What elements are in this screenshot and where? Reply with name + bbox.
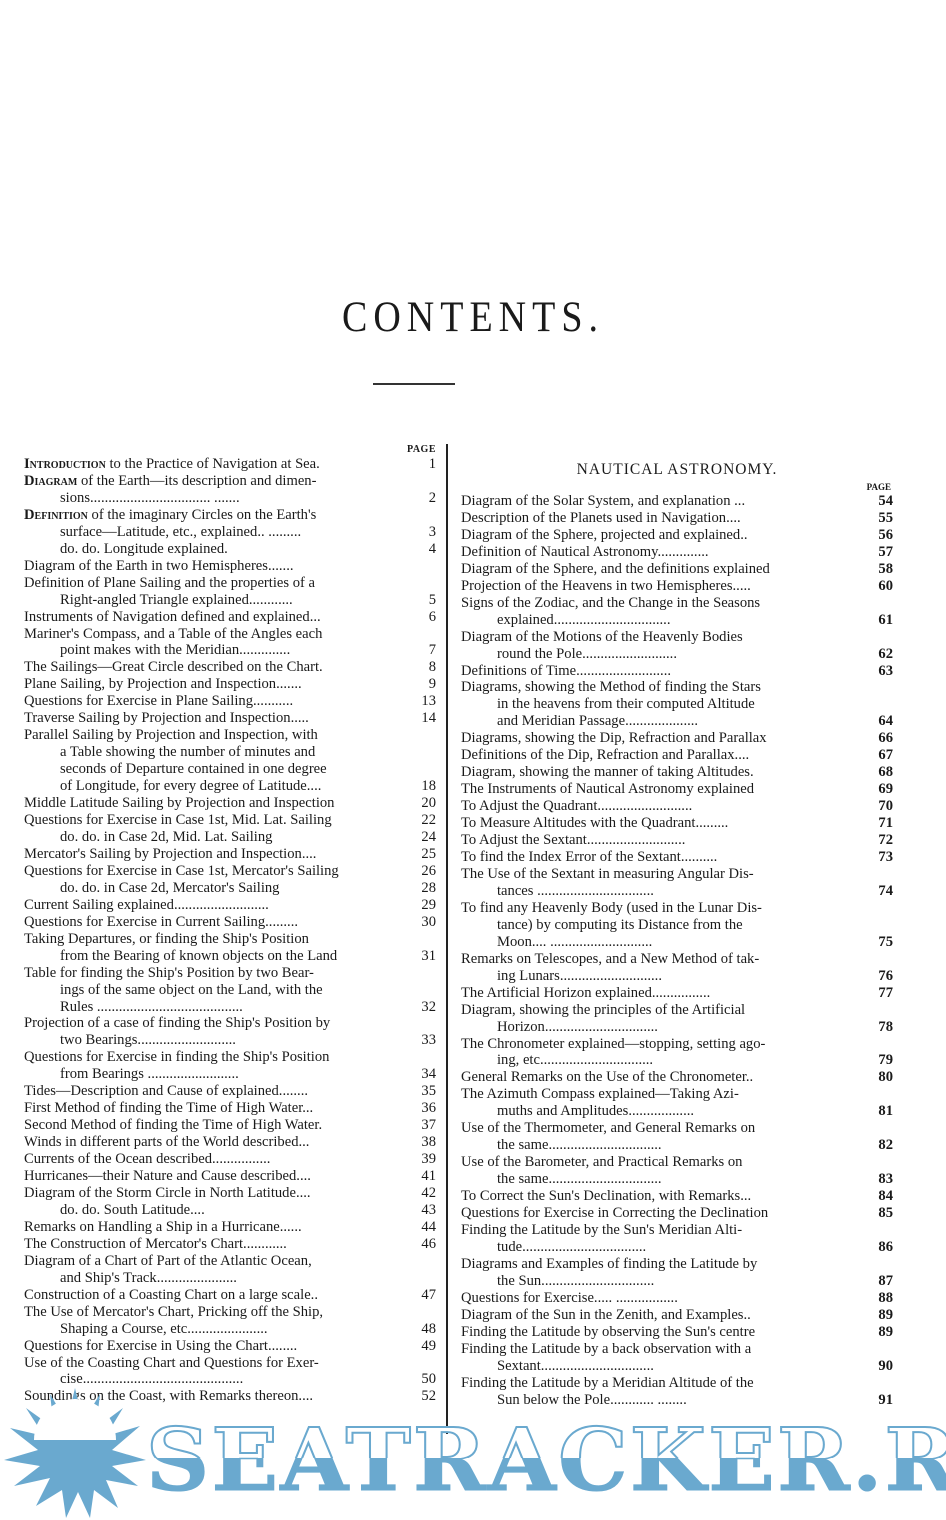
toc-entry-title: Finding the Latitude by the Sun's Meridi… — [461, 1222, 855, 1256]
toc-entry-page-number: 67 — [855, 747, 893, 764]
toc-entry-line: Horizon............................... — [461, 1019, 855, 1036]
toc-entry-line: Rules ..................................… — [24, 999, 406, 1016]
toc-entry[interactable]: Hurricanes—their Nature and Cause descri… — [24, 1168, 436, 1185]
toc-entry[interactable]: Plane Sailing, by Projection and Inspect… — [24, 676, 436, 693]
toc-entry-line: ing Lunars............................ — [461, 968, 855, 985]
toc-entry-line: Projection of the Heavens in two Hemisph… — [461, 578, 855, 595]
toc-entry-title: Questions for Exercise in Case 1st, Merc… — [24, 863, 406, 880]
toc-entry-line: the same............................... — [461, 1171, 855, 1188]
toc-entry[interactable]: The Azimuth Compass explained—Taking Azi… — [461, 1086, 893, 1120]
toc-entry-line: point makes with the Meridian...........… — [24, 642, 406, 659]
toc-entry[interactable]: Second Method of finding the Time of Hig… — [24, 1117, 436, 1134]
toc-entry[interactable]: Projection of the Heavens in two Hemisph… — [461, 578, 893, 595]
toc-entry-page-number: 73 — [855, 849, 893, 866]
toc-entry-line: sions................................. .… — [24, 490, 406, 507]
toc-entry-title: Diagram, showing the principles of the A… — [461, 1002, 855, 1036]
toc-entry-page-number: 4 — [406, 541, 436, 558]
toc-entry[interactable]: Definitions of the Dip, Refraction and P… — [461, 747, 893, 764]
toc-entry-line: Currents of the Ocean described.........… — [24, 1151, 406, 1168]
toc-entry-title: Tides—Description and Cause of explained… — [24, 1083, 406, 1100]
toc-entry[interactable]: Questions for Exercise in Using the Char… — [24, 1338, 436, 1355]
toc-entry[interactable]: Diagram of the Motions of the Heavenly B… — [461, 629, 893, 663]
toc-entry-line: Table for finding the Ship's Position by… — [24, 965, 406, 982]
toc-entry-page-number: 77 — [855, 985, 893, 1002]
toc-entry-line: do. do. South Latitude.... — [24, 1202, 406, 1219]
page-column-label-right: PAGE — [461, 482, 893, 493]
toc-entry[interactable]: The Use of the Sextant in measuring Angu… — [461, 866, 893, 900]
toc-entry-page-number: 52 — [406, 1388, 436, 1405]
toc-entry-line: in the heavens from their computed Altit… — [461, 696, 855, 713]
toc-entry-line: ings of the same object on the Land, wit… — [24, 982, 406, 999]
toc-entry-line: To Adjust the Quadrant..................… — [461, 798, 855, 815]
toc-entry[interactable]: Description of the Planets used in Navig… — [461, 510, 893, 527]
toc-entry-page-number: 13 — [406, 693, 436, 710]
toc-entry-line: Questions for Exercise in Correcting the… — [461, 1205, 855, 1222]
toc-entry[interactable]: Construction of a Coasting Chart on a la… — [24, 1287, 436, 1304]
toc-entry-page-number: 60 — [855, 578, 893, 595]
toc-entry-line: Description of the Planets used in Navig… — [461, 510, 855, 527]
toc-entry-title: Definition of Plane Sailing and the prop… — [24, 575, 406, 609]
toc-entry-line: Diagram, showing the principles of the A… — [461, 1002, 855, 1019]
toc-entry-page-number: 64 — [855, 713, 893, 730]
toc-entry-page-number: 54 — [855, 493, 893, 510]
toc-entry-line: Definitions of Time.....................… — [461, 663, 855, 680]
toc-entry[interactable]: Finding the Latitude by the Sun's Meridi… — [461, 1222, 893, 1256]
toc-entry-title: Parallel Sailing by Projection and Inspe… — [24, 727, 406, 795]
toc-entry-title: Taking Departures, or finding the Ship's… — [24, 931, 406, 965]
toc-entry[interactable]: Definition of Plane Sailing and the prop… — [24, 575, 436, 609]
toc-entry-page-number: 37 — [406, 1117, 436, 1134]
toc-entry-title: To find the Index Error of the Sextant..… — [461, 849, 855, 866]
toc-entry[interactable]: Mercator's Sailing by Projection and Ins… — [24, 846, 436, 863]
toc-entry-line: Mercator's Sailing by Projection and Ins… — [24, 846, 406, 863]
toc-entry-page-number: 63 — [855, 663, 893, 680]
toc-entry-line: seconds of Departure contained in one de… — [24, 761, 406, 778]
toc-entry[interactable]: Diagram of the Sphere, projected and exp… — [461, 527, 893, 544]
toc-entry-page-number: 88 — [855, 1290, 893, 1307]
toc-entry-title: The Construction of Mercator's Chart....… — [24, 1236, 406, 1253]
toc-entry-title: The Azimuth Compass explained—Taking Azi… — [461, 1086, 855, 1120]
toc-entry[interactable]: To Measure Altitudes with the Quadrant..… — [461, 815, 893, 832]
toc-entry-line: Traverse Sailing by Projection and Inspe… — [24, 710, 406, 727]
toc-entry-line: To Measure Altitudes with the Quadrant..… — [461, 815, 855, 832]
toc-entry-line: Remarks on Handling a Ship in a Hurrican… — [24, 1219, 406, 1236]
toc-entry-line: Diagram of the Storm Circle in North Lat… — [24, 1185, 406, 1202]
toc-entry-line: The Construction of Mercator's Chart....… — [24, 1236, 406, 1253]
toc-entry[interactable]: Finding the Latitude by observing the Su… — [461, 1324, 893, 1341]
toc-entry[interactable]: Use of the Thermometer, and General Rema… — [461, 1120, 893, 1154]
toc-entry-line: Second Method of finding the Time of Hig… — [24, 1117, 406, 1134]
toc-entry[interactable]: Winds in different parts of the World de… — [24, 1134, 436, 1151]
toc-entry-line: To Correct the Sun's Declination, with R… — [461, 1188, 855, 1205]
toc-entry-line: General Remarks on the Use of the Chrono… — [461, 1069, 855, 1086]
toc-entry-page-number: 87 — [855, 1273, 893, 1290]
title-rule — [373, 383, 455, 385]
toc-entry-page-number: 68 — [855, 764, 893, 781]
toc-entry-title: To Adjust the Quadrant..................… — [461, 798, 855, 815]
toc-entry-line: Questions for Exercise in Case 1st, Mid.… — [24, 812, 406, 829]
toc-entry-line: Moon.... ............................ — [461, 934, 855, 951]
toc-entry[interactable]: Questions for Exercise in Current Sailin… — [24, 914, 436, 931]
toc-entry[interactable]: Remarks on Telescopes, and a New Method … — [461, 951, 893, 985]
toc-entry-title: To Adjust the Sextant...................… — [461, 832, 855, 849]
toc-entry-line: Use of the Coasting Chart and Questions … — [24, 1355, 406, 1372]
toc-entry-line: The Chronometer explained—stopping, sett… — [461, 1036, 855, 1053]
toc-entry-page-number: 79 — [855, 1052, 893, 1069]
toc-entry-title: Use of the Coasting Chart and Questions … — [24, 1355, 406, 1389]
toc-entry-lead: Definition — [24, 507, 88, 523]
toc-entry-title: Questions for Exercise..... ............… — [461, 1290, 855, 1307]
toc-entry-line: Construction of a Coasting Chart on a la… — [24, 1287, 406, 1304]
toc-entry-page-number: 14 — [406, 710, 436, 727]
toc-entry-title: Second Method of finding the Time of Hig… — [24, 1117, 406, 1134]
toc-entry-title: do. do. in Case 2d, Mid. Lat. Sailing — [24, 829, 406, 846]
toc-entry-page-number: 2 — [406, 490, 436, 507]
toc-entry-title: To Measure Altitudes with the Quadrant..… — [461, 815, 855, 832]
toc-entry-page-number: 8 — [406, 659, 436, 676]
toc-entry[interactable]: Definition of Nautical Astronomy........… — [461, 544, 893, 561]
toc-entry[interactable]: Parallel Sailing by Projection and Inspe… — [24, 727, 436, 795]
toc-entry-line: tude.................................. — [461, 1239, 855, 1256]
toc-entry[interactable]: Use of the Coasting Chart and Questions … — [24, 1355, 436, 1389]
toc-entry[interactable]: The Use of Mercator's Chart, Pricking of… — [24, 1304, 436, 1338]
toc-entry[interactable]: Finding the Latitude by a back observati… — [461, 1341, 893, 1375]
toc-entry-line: Shaping a Course, etc...................… — [24, 1321, 406, 1338]
toc-entry[interactable]: Use of the Barometer, and Practical Rema… — [461, 1154, 893, 1188]
toc-entry-title: Hurricanes—their Nature and Cause descri… — [24, 1168, 406, 1185]
toc-entry-line: and Meridian Passage.................... — [461, 713, 855, 730]
toc-entry-title: Questions for Exercise in Using the Char… — [24, 1338, 406, 1355]
toc-entry-title: Introduction to the Practice of Navigati… — [24, 456, 406, 473]
toc-entry-page-number: 25 — [406, 846, 436, 863]
toc-entry[interactable]: Diagrams, showing the Dip, Refraction an… — [461, 730, 893, 747]
toc-entry-title: Signs of the Zodiac, and the Change in t… — [461, 595, 855, 629]
toc-entry-line: Questions for Exercise..... ............… — [461, 1290, 855, 1307]
toc-entry-line: the same............................... — [461, 1137, 855, 1154]
toc-entry[interactable]: To Adjust the Quadrant..................… — [461, 798, 893, 815]
toc-entry-title: Questions for Exercise in Plane Sailing.… — [24, 693, 406, 710]
toc-entry-title: Currents of the Ocean described.........… — [24, 1151, 406, 1168]
toc-entry-line: tance) by computing its Distance from th… — [461, 917, 855, 934]
toc-entry-title: Diagram of the Sun in the Zenith, and Ex… — [461, 1307, 855, 1324]
toc-entry-line: Diagram of the Sphere, projected and exp… — [461, 527, 855, 544]
toc-entry-line: The Use of the Sextant in measuring Angu… — [461, 866, 855, 883]
toc-entry-line: Instruments of Navigation defined and ex… — [24, 609, 406, 626]
toc-entry-title: To find any Heavenly Body (used in the L… — [461, 900, 855, 951]
toc-entry-line: The Use of Mercator's Chart, Pricking of… — [24, 1304, 406, 1321]
toc-entry-line: Definition of Plane Sailing and the prop… — [24, 575, 406, 592]
toc-entry-title: Remarks on Handling a Ship in a Hurrican… — [24, 1219, 406, 1236]
toc-entry[interactable]: Remarks on Handling a Ship in a Hurrican… — [24, 1219, 436, 1236]
toc-entry-page-number: 41 — [406, 1168, 436, 1185]
page-title: CONTENTS. — [0, 292, 946, 343]
toc-entry-page-number: 74 — [855, 883, 893, 900]
toc-entry-title: Description of the Planets used in Navig… — [461, 510, 855, 527]
toc-entry-title: Finding the Latitude by a back observati… — [461, 1341, 855, 1375]
toc-entry-title: Soundings on the Coast, with Remarks the… — [24, 1388, 406, 1405]
toc-entry-page-number: 36 — [406, 1100, 436, 1117]
toc-entry-page-number: 71 — [855, 815, 893, 832]
page-column-label: PAGE — [24, 440, 436, 456]
toc-entry[interactable]: Diagram of the Earth in two Hemispheres.… — [24, 558, 436, 575]
toc-entry-page-number: 7 — [406, 642, 436, 659]
toc-entry-title: Finding the Latitude by a Meridian Altit… — [461, 1375, 855, 1409]
toc-entry-line: Diagram of the Solar System, and explana… — [461, 493, 855, 510]
toc-entry-title: Table for finding the Ship's Position by… — [24, 965, 406, 1016]
toc-entry-title: Questions for Exercise in Correcting the… — [461, 1205, 855, 1222]
toc-entry-page-number: 47 — [406, 1287, 436, 1304]
toc-entry-line: a Table showing the number of minutes an… — [24, 744, 406, 761]
toc-entry-page-number: 28 — [406, 880, 436, 897]
toc-entry[interactable]: The Sailings—Great Circle described on t… — [24, 659, 436, 676]
toc-entry[interactable]: Diagram, showing the principles of the A… — [461, 1002, 893, 1036]
toc-entry-line: Current Sailing explained...............… — [24, 897, 406, 914]
toc-entry-line: do. do. in Case 2d, Mid. Lat. Sailing — [24, 829, 406, 846]
toc-entry-title: General Remarks on the Use of the Chrono… — [461, 1069, 855, 1086]
toc-entry[interactable]: Finding the Latitude by a Meridian Altit… — [461, 1375, 893, 1409]
toc-entry-page-number: 55 — [855, 510, 893, 527]
toc-entry[interactable]: The Construction of Mercator's Chart....… — [24, 1236, 436, 1253]
toc-entry-page-number: 62 — [855, 646, 893, 663]
toc-entry[interactable]: First Method of finding the Time of High… — [24, 1100, 436, 1117]
toc-entry-line: Diagram of the Motions of the Heavenly B… — [461, 629, 855, 646]
toc-entry-title: The Artificial Horizon explained........… — [461, 985, 855, 1002]
toc-entry-page-number: 58 — [855, 561, 893, 578]
toc-entry-line: Diagram of a Chart of Part of the Atlant… — [24, 1253, 406, 1270]
toc-entry-page-number: 90 — [855, 1358, 893, 1375]
toc-entry-line: two Bearings........................... — [24, 1032, 406, 1049]
toc-entry[interactable]: The Instruments of Nautical Astronomy ex… — [461, 781, 893, 798]
toc-entry-page-number: 49 — [406, 1338, 436, 1355]
toc-entry-line: of Longitude, for every degree of Latitu… — [24, 778, 406, 795]
toc-entry-page-number: 50 — [406, 1371, 436, 1388]
toc-entry[interactable]: Questions for Exercise in Correcting the… — [461, 1205, 893, 1222]
toc-entry-page-number: 44 — [406, 1219, 436, 1236]
toc-entry[interactable]: Diagram of the Solar System, and explana… — [461, 493, 893, 510]
toc-entry-page-number: 42 — [406, 1185, 436, 1202]
toc-entry-page-number: 32 — [406, 999, 436, 1016]
toc-entry[interactable]: Tides—Description and Cause of explained… — [24, 1083, 436, 1100]
toc-entry-line: Diagrams, showing the Method of finding … — [461, 679, 855, 696]
toc-entry-line: To Adjust the Sextant...................… — [461, 832, 855, 849]
toc-entry-page-number: 66 — [855, 730, 893, 747]
toc-entry-title: Construction of a Coasting Chart on a la… — [24, 1287, 406, 1304]
contents-right-column: NAUTICAL ASTRONOMY. PAGE Diagram of the … — [461, 440, 893, 1408]
toc-entry[interactable]: The Chronometer explained—stopping, sett… — [461, 1036, 893, 1070]
toc-entry[interactable]: The Artificial Horizon explained........… — [461, 985, 893, 1002]
toc-entry-line: Questions for Exercise in Current Sailin… — [24, 914, 406, 931]
toc-entry[interactable]: Middle Latitude Sailing by Projection an… — [24, 795, 436, 812]
toc-entry-page-number: 1 — [406, 456, 436, 473]
toc-entry-line: Finding the Latitude by a Meridian Altit… — [461, 1375, 855, 1392]
toc-entry-page-number: 30 — [406, 914, 436, 931]
toc-entry-page-number: 83 — [855, 1171, 893, 1188]
toc-entry[interactable]: Diagram of a Chart of Part of the Atlant… — [24, 1253, 436, 1287]
toc-entry-page-number: 72 — [855, 832, 893, 849]
toc-entry-title: Diagram of the Earth—its description and… — [24, 473, 406, 507]
toc-entry-title: The Use of the Sextant in measuring Angu… — [461, 866, 855, 900]
toc-entry-page-number: 85 — [855, 1205, 893, 1222]
toc-entry[interactable]: Questions for Exercise in Plane Sailing.… — [24, 693, 436, 710]
section-title-nautical-astronomy: NAUTICAL ASTRONOMY. — [461, 458, 893, 482]
toc-entry-line: Mariner's Compass, and a Table of the An… — [24, 626, 406, 643]
toc-entry[interactable]: Questions for Exercise..... ............… — [461, 1290, 893, 1307]
toc-entry[interactable]: Diagram of the Storm Circle in North Lat… — [24, 1185, 436, 1202]
toc-entry-page-number: 78 — [855, 1019, 893, 1036]
toc-entry-line: To find the Index Error of the Sextant..… — [461, 849, 855, 866]
toc-entry-line: Parallel Sailing by Projection and Inspe… — [24, 727, 406, 744]
toc-entry[interactable]: do. do. South Latitude....43 — [24, 1202, 436, 1219]
toc-entry-page-number: 33 — [406, 1032, 436, 1049]
toc-entry-title: First Method of finding the Time of High… — [24, 1100, 406, 1117]
toc-entry[interactable]: General Remarks on the Use of the Chrono… — [461, 1069, 893, 1086]
toc-entry-title: Instruments of Navigation defined and ex… — [24, 609, 406, 626]
toc-entry-title: Diagram of the Sphere, and the definitio… — [461, 561, 855, 578]
toc-entry[interactable]: Diagrams, showing the Method of finding … — [461, 679, 893, 730]
toc-entry[interactable]: Taking Departures, or finding the Ship's… — [24, 931, 436, 965]
toc-entry-line: First Method of finding the Time of High… — [24, 1100, 406, 1117]
toc-entry-line: ing, etc............................... — [461, 1052, 855, 1069]
toc-entry-line: Use of the Thermometer, and General Rema… — [461, 1120, 855, 1137]
toc-entry-page-number: 6 — [406, 609, 436, 626]
toc-entry-page-number: 35 — [406, 1083, 436, 1100]
toc-entry-page-number: 89 — [855, 1324, 893, 1341]
toc-entry-page-number: 46 — [406, 1236, 436, 1253]
toc-entry[interactable]: do. do. in Case 2d, Mercator's Sailing28 — [24, 880, 436, 897]
toc-entry-title: Diagram of the Solar System, and explana… — [461, 493, 855, 510]
toc-entry-title: Questions for Exercise in Case 1st, Mid.… — [24, 812, 406, 829]
toc-entry-line: Winds in different parts of the World de… — [24, 1134, 406, 1151]
left-entries-list: Introduction to the Practice of Navigati… — [24, 456, 436, 1405]
toc-entry[interactable]: Diagrams and Examples of finding the Lat… — [461, 1256, 893, 1290]
toc-entry-line: Diagrams and Examples of finding the Lat… — [461, 1256, 855, 1273]
toc-entry[interactable]: Introduction to the Practice of Navigati… — [24, 456, 436, 473]
toc-entry-line: The Instruments of Nautical Astronomy ex… — [461, 781, 855, 798]
toc-entry[interactable]: To find any Heavenly Body (used in the L… — [461, 900, 893, 951]
toc-entry-line: from the Bearing of known objects on the… — [24, 948, 406, 965]
toc-entry-line: surface—Latitude, etc., explained.. ....… — [24, 524, 406, 541]
toc-entry-title: Plane Sailing, by Projection and Inspect… — [24, 676, 406, 693]
toc-entry[interactable]: Questions for Exercise in Case 1st, Mid.… — [24, 812, 436, 829]
contents-left-column: PAGE Introduction to the Practice of Nav… — [24, 440, 436, 1405]
toc-entry-page-number: 61 — [855, 612, 893, 629]
toc-entry-page-number: 9 — [406, 676, 436, 693]
toc-entry-title: Winds in different parts of the World de… — [24, 1134, 406, 1151]
right-entries-list: Diagram of the Solar System, and explana… — [461, 493, 893, 1408]
toc-entry[interactable]: Questions for Exercise in Case 1st, Merc… — [24, 863, 436, 880]
toc-entry-line: Sextant............................... — [461, 1358, 855, 1375]
toc-entry-lead: Diagram — [24, 473, 77, 489]
toc-entry-title: The Use of Mercator's Chart, Pricking of… — [24, 1304, 406, 1338]
toc-entry[interactable]: Signs of the Zodiac, and the Change in t… — [461, 595, 893, 629]
toc-entry-page-number: 39 — [406, 1151, 436, 1168]
toc-entry-page-number: 91 — [855, 1392, 893, 1409]
toc-entry[interactable]: To Correct the Sun's Declination, with R… — [461, 1188, 893, 1205]
toc-entry-line: The Azimuth Compass explained—Taking Azi… — [461, 1086, 855, 1103]
toc-entry-line: do. do. Longitude explained. — [24, 541, 406, 558]
toc-entry-page-number: 48 — [406, 1321, 436, 1338]
toc-entry-line: Right-angled Triangle explained.........… — [24, 592, 406, 609]
toc-entry-line: Questions for Exercise in Plane Sailing.… — [24, 693, 406, 710]
toc-entry[interactable]: Traverse Sailing by Projection and Inspe… — [24, 710, 436, 727]
toc-entry[interactable]: Diagram of the Sun in the Zenith, and Ex… — [461, 1307, 893, 1324]
toc-entry-line: Projection of a case of finding the Ship… — [24, 1015, 406, 1032]
toc-entry[interactable]: Soundings on the Coast, with Remarks the… — [24, 1388, 436, 1405]
toc-entry-line: cise....................................… — [24, 1371, 406, 1388]
toc-entry-title: Diagram, showing the manner of taking Al… — [461, 764, 855, 781]
toc-entry-line: round the Pole.......................... — [461, 646, 855, 663]
toc-entry-title: Questions for Exercise in Current Sailin… — [24, 914, 406, 931]
toc-entry-title: Use of the Thermometer, and General Rema… — [461, 1120, 855, 1154]
toc-entry[interactable]: Table for finding the Ship's Position by… — [24, 965, 436, 1016]
toc-entry-line: muths and Amplitudes.................. — [461, 1103, 855, 1120]
toc-entry-line: Finding the Latitude by a back observati… — [461, 1341, 855, 1358]
toc-entry-page-number: 57 — [855, 544, 893, 561]
toc-entry[interactable]: Definition of the imaginary Circles on t… — [24, 507, 436, 541]
toc-entry-page-number: 20 — [406, 795, 436, 812]
toc-entry[interactable]: Current Sailing explained...............… — [24, 897, 436, 914]
toc-entry[interactable]: Mariner's Compass, and a Table of the An… — [24, 626, 436, 660]
toc-entry-line: Soundings on the Coast, with Remarks the… — [24, 1388, 406, 1405]
toc-entry-line: tances ................................ — [461, 883, 855, 900]
toc-entry-line: Finding the Latitude by the Sun's Meridi… — [461, 1222, 855, 1239]
toc-entry-title: To Correct the Sun's Declination, with R… — [461, 1188, 855, 1205]
toc-entry[interactable]: Diagram of the Earth—its description and… — [24, 473, 436, 507]
toc-entry-title: Remarks on Telescopes, and a New Method … — [461, 951, 855, 985]
toc-entry-line: Remarks on Telescopes, and a New Method … — [461, 951, 855, 968]
toc-entry-line: to the Practice of Navigation at Sea. — [109, 456, 319, 472]
toc-entry-title: The Sailings—Great Circle described on t… — [24, 659, 406, 676]
toc-entry-line: do. do. in Case 2d, Mercator's Sailing — [24, 880, 406, 897]
toc-entry-line: The Sailings—Great Circle described on t… — [24, 659, 406, 676]
toc-entry-title: Diagram of a Chart of Part of the Atlant… — [24, 1253, 406, 1287]
toc-entry[interactable]: Questions for Exercise in finding the Sh… — [24, 1049, 436, 1083]
toc-entry[interactable]: Instruments of Navigation defined and ex… — [24, 609, 436, 626]
toc-entry-line: Questions for Exercise in Using the Char… — [24, 1338, 406, 1355]
toc-entry-line: Taking Departures, or finding the Ship's… — [24, 931, 406, 948]
toc-entry-page-number: 26 — [406, 863, 436, 880]
toc-entry[interactable]: Diagram of the Sphere, and the definitio… — [461, 561, 893, 578]
toc-entry-line: To find any Heavenly Body (used in the L… — [461, 900, 855, 917]
toc-entry-title: Traverse Sailing by Projection and Inspe… — [24, 710, 406, 727]
toc-entry-page-number: 5 — [406, 592, 436, 609]
toc-entry-title: Diagrams, showing the Method of finding … — [461, 679, 855, 730]
toc-entry-line: of the Earth—its description and dimen- — [81, 473, 316, 489]
toc-entry[interactable]: do. do. in Case 2d, Mid. Lat. Sailing24 — [24, 829, 436, 846]
toc-entry-page-number: 24 — [406, 829, 436, 846]
toc-entry[interactable]: Currents of the Ocean described.........… — [24, 1151, 436, 1168]
toc-entry-title: The Chronometer explained—stopping, sett… — [461, 1036, 855, 1070]
toc-entry-line: Diagram of the Sun in the Zenith, and Ex… — [461, 1307, 855, 1324]
toc-entry[interactable]: Diagram, showing the manner of taking Al… — [461, 764, 893, 781]
toc-entry-title: Diagrams, showing the Dip, Refraction an… — [461, 730, 855, 747]
toc-entry-line: Finding the Latitude by observing the Su… — [461, 1324, 855, 1341]
toc-entry-line: Tides—Description and Cause of explained… — [24, 1083, 406, 1100]
toc-entry-line: Definitions of the Dip, Refraction and P… — [461, 747, 855, 764]
toc-entry[interactable]: To find the Index Error of the Sextant..… — [461, 849, 893, 866]
toc-entry-title: Projection of a case of finding the Ship… — [24, 1015, 406, 1049]
toc-entry[interactable]: Definitions of Time.....................… — [461, 663, 893, 680]
toc-entry[interactable]: do. do. Longitude explained.4 — [24, 541, 436, 558]
toc-entry[interactable]: To Adjust the Sextant...................… — [461, 832, 893, 849]
toc-entry-line: Diagrams, showing the Dip, Refraction an… — [461, 730, 855, 747]
toc-entry-title: Definitions of Time.....................… — [461, 663, 855, 680]
toc-entry[interactable]: Projection of a case of finding the Ship… — [24, 1015, 436, 1049]
toc-entry-title: Definition of Nautical Astronomy........… — [461, 544, 855, 561]
toc-entry-title: The Instruments of Nautical Astronomy ex… — [461, 781, 855, 798]
toc-entry-page-number: 29 — [406, 897, 436, 914]
toc-entry-title: Diagrams and Examples of finding the Lat… — [461, 1256, 855, 1290]
